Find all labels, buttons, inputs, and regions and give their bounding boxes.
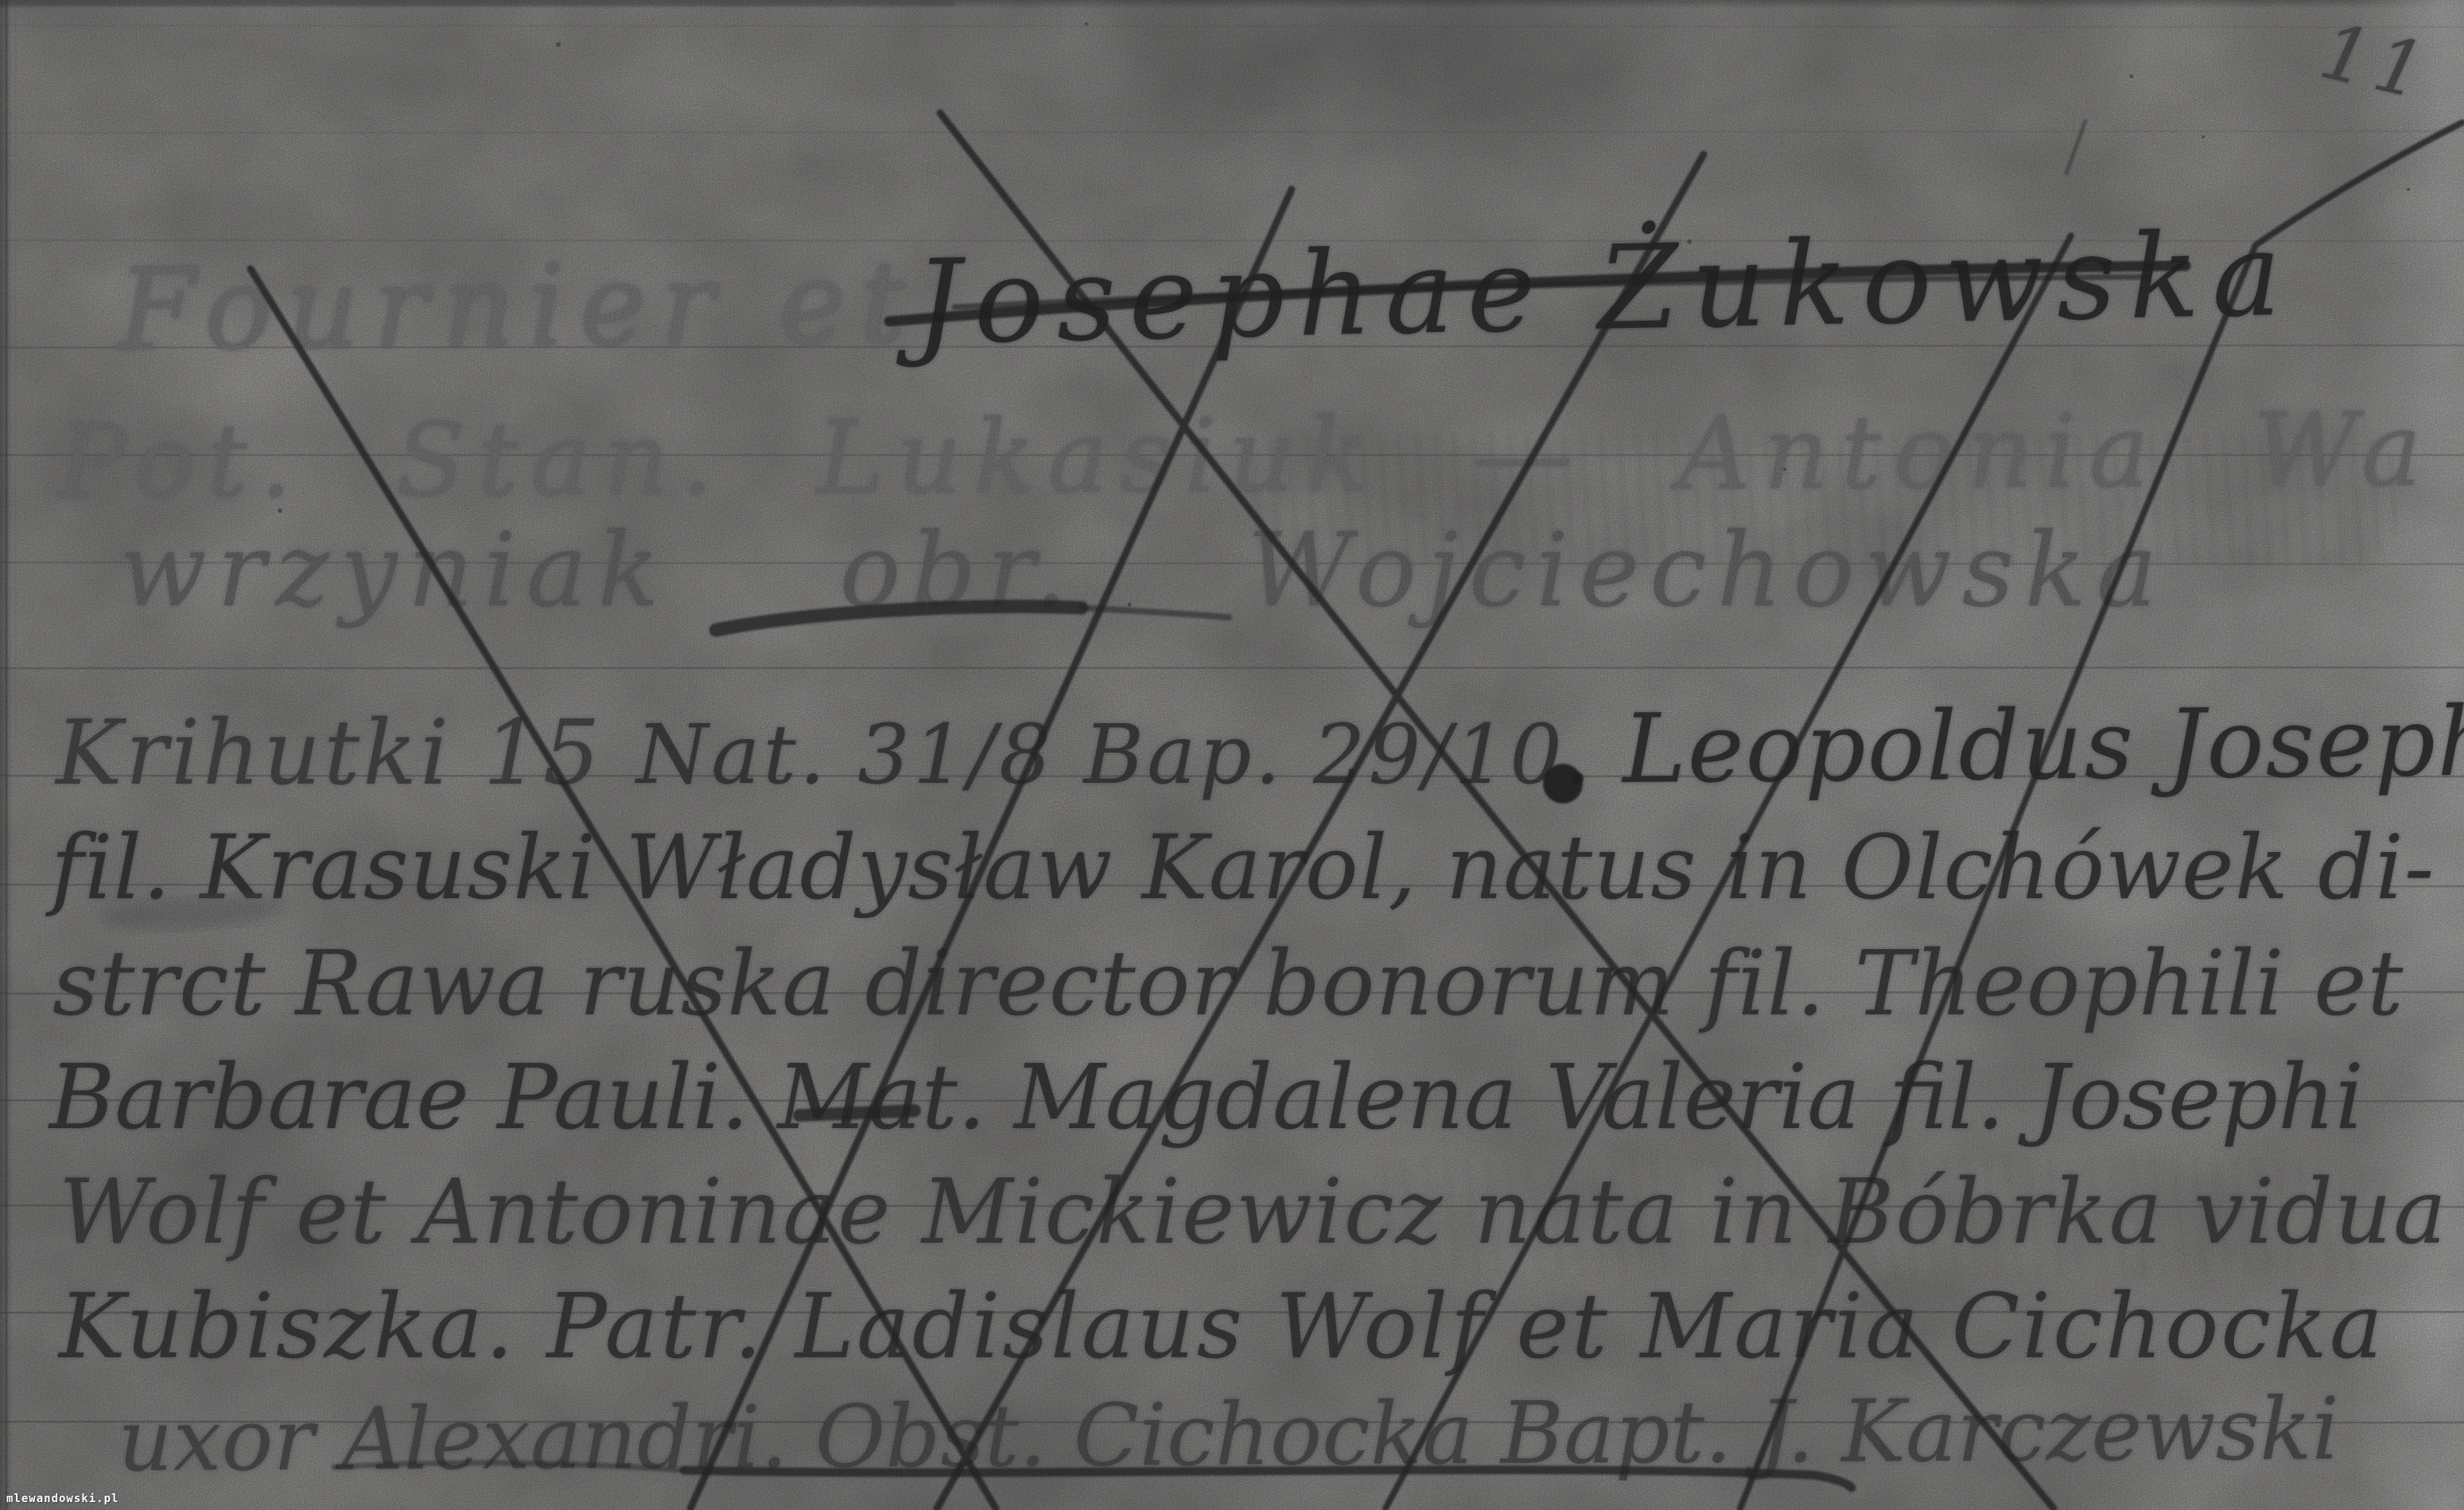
register-line-8: Wolf et Antoninae Mickiewicz nata in Bób…: [59, 1168, 2448, 1257]
register-line-6: strct Rawa ruska director bonorum fil. T…: [52, 940, 2404, 1029]
watermark: mlewandowski.pl: [6, 1492, 119, 1505]
birth-baptism-dates: Nat. 31/8 Bap. 29/10.: [636, 714, 1595, 796]
register-line-1-left: Fournier et: [117, 246, 920, 368]
register-line-9: Kubiszka. Patr. Ladislaus Wolf et Maria …: [59, 1282, 2385, 1372]
register-line-7: Barbarae Pauli. Mat. Magdalena Valeria f…: [49, 1053, 2364, 1142]
register-line-5: fil. Krasuski Władysław Karol, natus in …: [51, 824, 2435, 913]
child-name: Leopoldus Joseph: [1622, 695, 2464, 798]
register-line-2: Pot. Stan. Lukasiuk — Antonia Wa: [57, 399, 2435, 514]
register-line-3: wrzyniak obr. Wojciechowska: [119, 520, 2167, 622]
house-number: Krihutki 15: [56, 709, 603, 798]
page-number: 11: [2312, 6, 2439, 118]
scanned-register-page: Fournier et Josephae Żukowska Pot. Stan.…: [0, 0, 2464, 1510]
register-line-1-struck: Josephae Żukowska: [913, 216, 2295, 361]
register-line-10: uxor Alexandri. Obst. Cichocka Bapt. J. …: [118, 1387, 2340, 1485]
